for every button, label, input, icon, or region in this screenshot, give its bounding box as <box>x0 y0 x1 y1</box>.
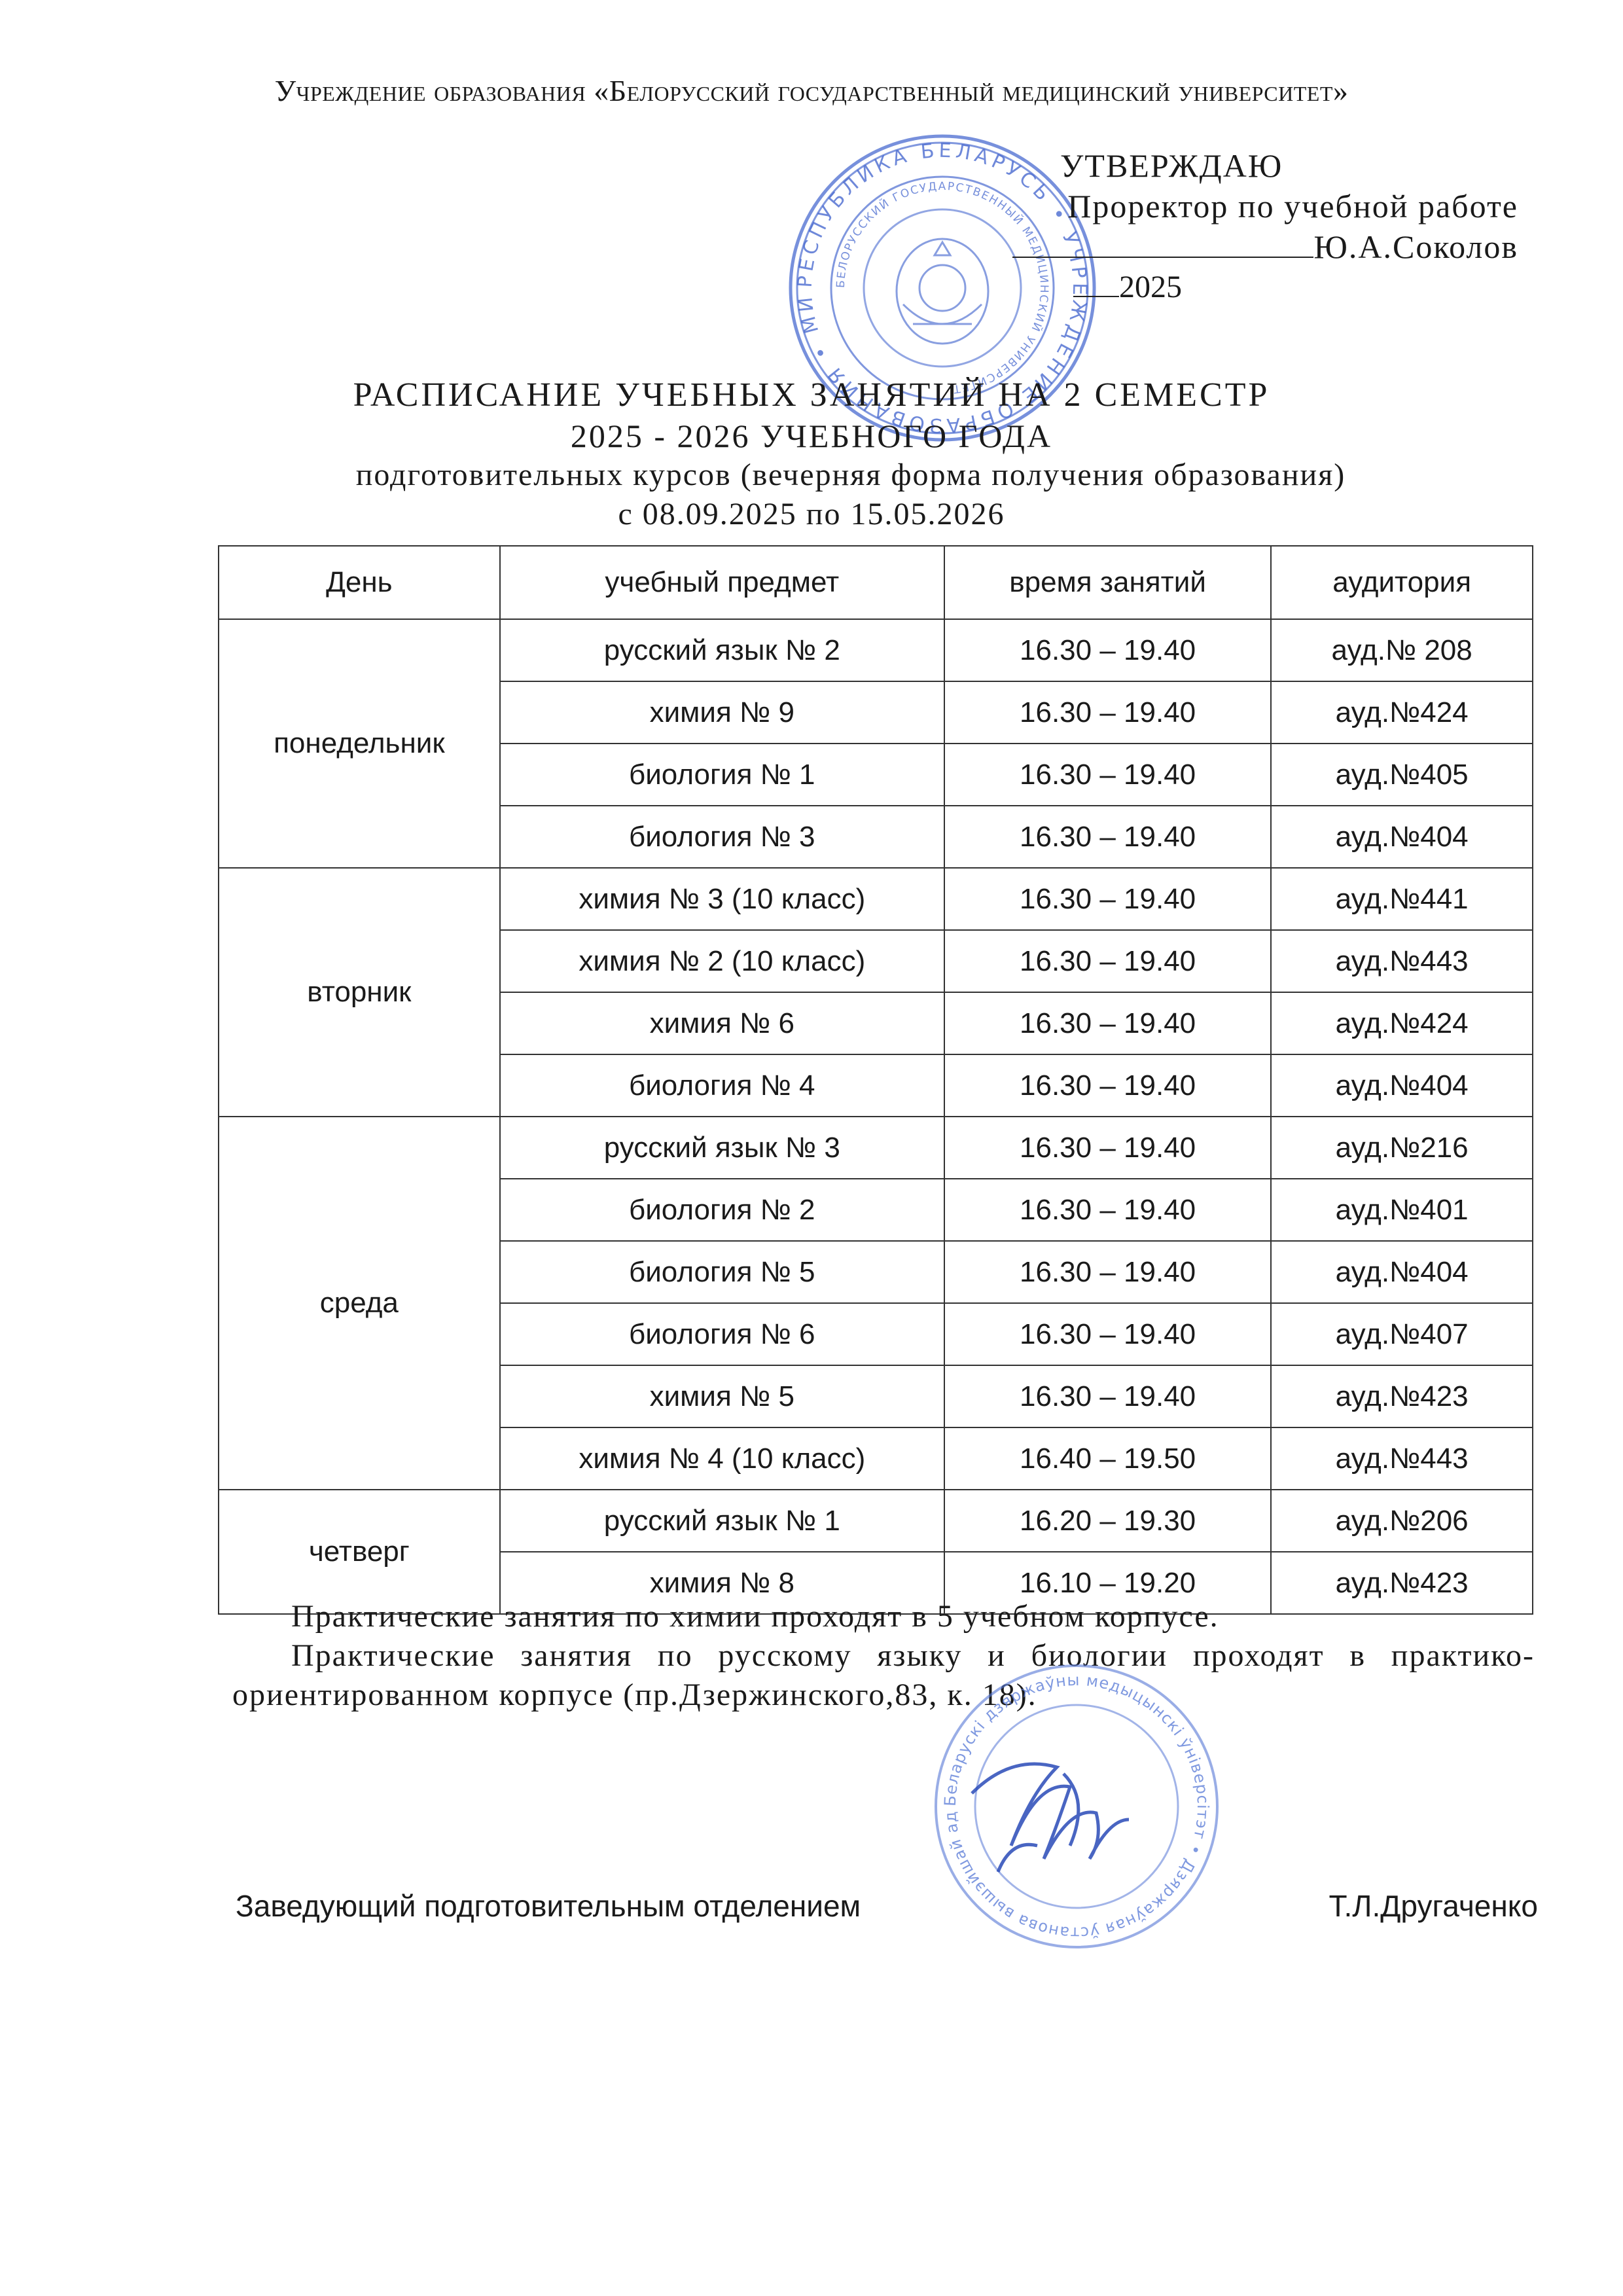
subject-cell: химия № 4 (10 класс) <box>500 1427 944 1490</box>
column-header-room: аудитория <box>1271 546 1533 619</box>
room-cell: ауд.№441 <box>1271 868 1533 930</box>
time-cell: 16.40 – 19.50 <box>944 1427 1271 1490</box>
room-cell: ауд.№404 <box>1271 1241 1533 1303</box>
time-cell: 16.30 – 19.40 <box>944 1303 1271 1365</box>
approval-date: 2025 <box>942 267 1531 308</box>
schedule-table: День учебный предмет время занятий аудит… <box>218 545 1533 1615</box>
time-cell: 16.30 – 19.40 <box>944 1365 1271 1427</box>
subject-cell: химия № 3 (10 класс) <box>500 868 944 930</box>
subject-cell: химия № 5 <box>500 1365 944 1427</box>
room-cell: ауд.№404 <box>1271 1054 1533 1117</box>
time-cell: 16.20 – 19.30 <box>944 1490 1271 1552</box>
approver-position: Проректор по учебной работе <box>942 186 1531 226</box>
time-cell: 16.30 – 19.40 <box>944 1054 1271 1117</box>
subject-cell: биология № 1 <box>500 744 944 806</box>
subject-cell: химия № 9 <box>500 681 944 744</box>
room-cell: ауд.№ 208 <box>1271 619 1533 681</box>
time-cell: 16.30 – 19.40 <box>944 619 1271 681</box>
approve-heading: УТВЕРЖДАЮ <box>942 145 1531 186</box>
table-row: четвергрусский язык № 116.20 – 19.30ауд.… <box>219 1490 1533 1552</box>
room-cell: ауд.№216 <box>1271 1117 1533 1179</box>
note-chemistry: Практические занятия по химии проходят в… <box>232 1597 1535 1636</box>
room-cell: ауд.№443 <box>1271 1427 1533 1490</box>
column-header-day: День <box>219 546 500 619</box>
subject-cell: биология № 2 <box>500 1179 944 1241</box>
table-header-row: День учебный предмет время занятий аудит… <box>219 546 1533 619</box>
day-cell: вторник <box>219 868 500 1117</box>
time-cell: 16.30 – 19.40 <box>944 1241 1271 1303</box>
subject-cell: русский язык № 2 <box>500 619 944 681</box>
table-row: вторникхимия № 3 (10 класс)16.30 – 19.40… <box>219 868 1533 930</box>
room-cell: ауд.№401 <box>1271 1179 1533 1241</box>
subject-cell: химия № 6 <box>500 992 944 1054</box>
approval-year: 2025 <box>1119 270 1182 304</box>
column-header-time: время занятий <box>944 546 1271 619</box>
approver-name: Ю.А.Соколов <box>1313 228 1518 265</box>
subject-cell: биология № 4 <box>500 1054 944 1117</box>
handwritten-signature-icon <box>972 1764 1129 1872</box>
time-cell: 16.30 – 19.40 <box>944 806 1271 868</box>
time-cell: 16.30 – 19.40 <box>944 1179 1271 1241</box>
title-date-range: с 08.09.2025 по 15.05.2026 <box>0 495 1623 534</box>
signature-row: Заведующий подготовительным отделением Т… <box>236 1888 1538 1924</box>
subject-cell: биология № 5 <box>500 1241 944 1303</box>
signer-name: Т.Л.Другаченко <box>1329 1888 1538 1924</box>
room-cell: ауд.№443 <box>1271 930 1533 992</box>
room-cell: ауд.№424 <box>1271 681 1533 744</box>
time-cell: 16.30 – 19.40 <box>944 930 1271 992</box>
column-header-subject: учебный предмет <box>500 546 944 619</box>
notes-section: Практические занятия по химии проходят в… <box>232 1597 1535 1715</box>
schedule-body: понедельникрусский язык № 216.30 – 19.40… <box>219 619 1533 1614</box>
time-cell: 16.30 – 19.40 <box>944 868 1271 930</box>
time-cell: 16.30 – 19.40 <box>944 681 1271 744</box>
time-cell: 16.30 – 19.40 <box>944 992 1271 1054</box>
table-row: понедельникрусский язык № 216.30 – 19.40… <box>219 619 1533 681</box>
room-cell: ауд.№206 <box>1271 1490 1533 1552</box>
subject-cell: химия № 2 (10 класс) <box>500 930 944 992</box>
room-cell: ауд.№424 <box>1271 992 1533 1054</box>
subject-cell: биология № 3 <box>500 806 944 868</box>
note-russian-biology: Практические занятия по русскому языку и… <box>232 1636 1535 1715</box>
signer-position: Заведующий подготовительным отделением <box>236 1889 861 1923</box>
time-cell: 16.30 – 19.40 <box>944 744 1271 806</box>
room-cell: ауд.№405 <box>1271 744 1533 806</box>
room-cell: ауд.№423 <box>1271 1365 1533 1427</box>
subject-cell: биология № 6 <box>500 1303 944 1365</box>
subject-cell: русский язык № 1 <box>500 1490 944 1552</box>
approver-signature-line: Ю.А.Соколов <box>942 226 1531 267</box>
day-cell: понедельник <box>219 619 500 868</box>
subject-cell: русский язык № 3 <box>500 1117 944 1179</box>
time-cell: 16.30 – 19.40 <box>944 1117 1271 1179</box>
title-line-3: подготовительных курсов (вечерняя форма … <box>0 456 1623 495</box>
day-cell: среда <box>219 1117 500 1490</box>
title-line-1: РАСПИСАНИЕ УЧЕБНЫХ ЗАНЯТИЙ НА 2 СЕМЕСТР <box>0 374 1623 416</box>
table-row: средарусский язык № 316.30 – 19.40ауд.№2… <box>219 1117 1533 1179</box>
document-title: РАСПИСАНИЕ УЧЕБНЫХ ЗАНЯТИЙ НА 2 СЕМЕСТР … <box>0 374 1623 534</box>
room-cell: ауд.№407 <box>1271 1303 1533 1365</box>
title-line-2: 2025 - 2026 УЧЕБНОГО ГОДА <box>0 416 1623 456</box>
approval-block: УТВЕРЖДАЮ Проректор по учебной работе Ю.… <box>942 145 1531 308</box>
day-cell: четверг <box>219 1490 500 1614</box>
room-cell: ауд.№404 <box>1271 806 1533 868</box>
organization-header: Учреждение образования «Белорусский госу… <box>0 73 1623 108</box>
